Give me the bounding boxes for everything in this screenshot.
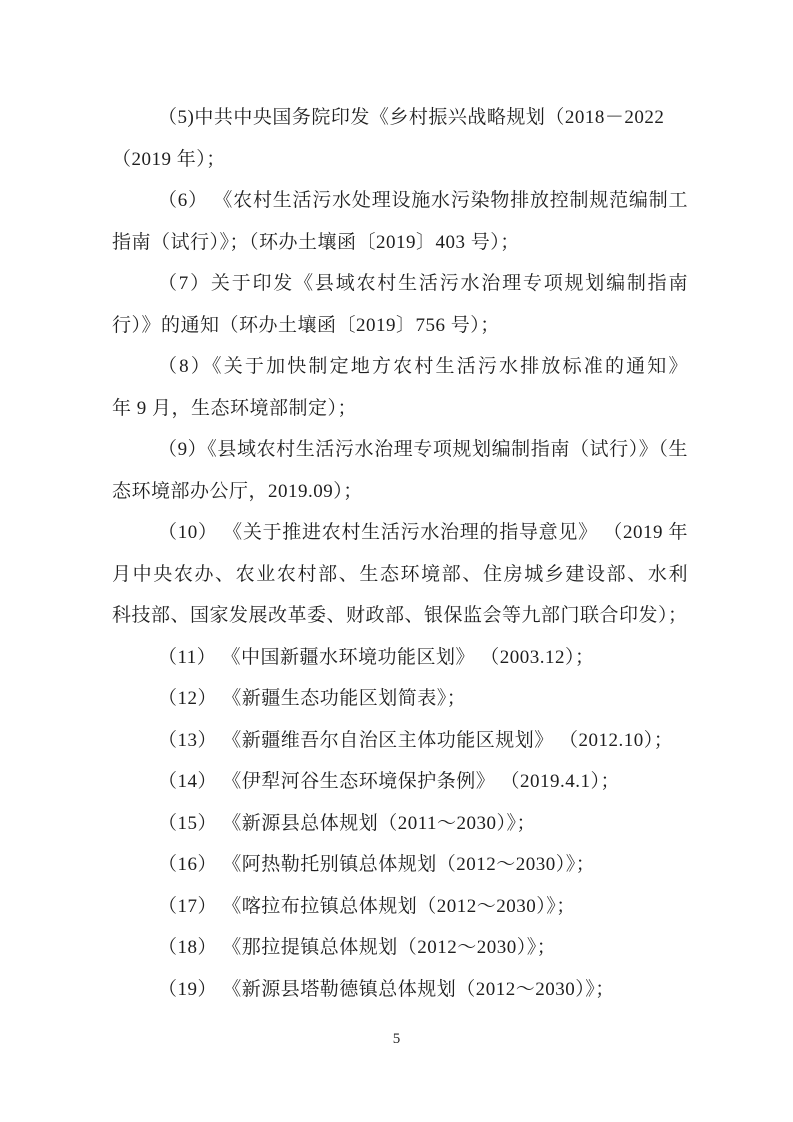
paragraph: （8）《关于加快制定地方农村生活污水排放标准的通知》（2018年 9 月，生态环… bbox=[112, 346, 688, 429]
text-line: （13） 《新疆维吾尔自治区主体功能区规划》 （2012.10）； bbox=[112, 720, 688, 762]
text-line: （2019 年）； bbox=[112, 139, 688, 181]
text-line: 指南（试行）》；（环办土壤函〔2019〕403 号）； bbox=[112, 222, 688, 264]
paragraph: （10） 《关于推进农村生活污水治理的指导意见》 （2019 年 7月中央农办、… bbox=[112, 512, 688, 637]
text-line: （10） 《关于推进农村生活污水治理的指导意见》 （2019 年 7 bbox=[112, 512, 688, 554]
paragraph: （12） 《新疆生态功能区划简表》； bbox=[112, 678, 688, 720]
text-line: （14） 《伊犁河谷生态环境保护条例》 （2019.4.1）； bbox=[112, 761, 688, 803]
paragraph: （5)中共中央国务院印发《乡村振兴战略规划（2018－2022 年）》（2019… bbox=[112, 97, 688, 180]
text-line: （5)中共中央国务院印发《乡村振兴战略规划（2018－2022 年）》 bbox=[112, 97, 688, 139]
text-line: （8）《关于加快制定地方农村生活污水排放标准的通知》（2018 bbox=[112, 346, 688, 388]
document-page: （5)中共中央国务院印发《乡村振兴战略规划（2018－2022 年）》（2019… bbox=[0, 0, 793, 1122]
page-number: 5 bbox=[0, 1028, 793, 1050]
text-line: （12） 《新疆生态功能区划简表》； bbox=[112, 678, 688, 720]
text-line: （9）《县域农村生活污水治理专项规划编制指南（试行）》（生 bbox=[112, 429, 688, 471]
text-line: 科技部、国家发展改革委、财政部、银保监会等九部门联合印发）； bbox=[112, 595, 688, 637]
text-line: （7）关于印发《县域农村生活污水治理专项规划编制指南（试 bbox=[112, 263, 688, 305]
text-line: 态环境部办公厅，2019.09）； bbox=[112, 471, 688, 513]
text-line: （16） 《阿热勒托别镇总体规划（2012～2030）》； bbox=[112, 844, 688, 886]
text-line: 年 9 月，生态环境部制定）； bbox=[112, 388, 688, 430]
paragraph: （19） 《新源县塔勒德镇总体规划（2012～2030）》； bbox=[112, 969, 688, 1011]
text-line: 行）》的通知（环办土壤函〔2019〕756 号）； bbox=[112, 305, 688, 347]
document-body: （5)中共中央国务院印发《乡村振兴战略规划（2018－2022 年）》（2019… bbox=[112, 97, 688, 1010]
text-line: （19） 《新源县塔勒德镇总体规划（2012～2030）》； bbox=[112, 969, 688, 1011]
paragraph: （14） 《伊犁河谷生态环境保护条例》 （2019.4.1）； bbox=[112, 761, 688, 803]
paragraph: （9）《县域农村生活污水治理专项规划编制指南（试行）》（生态环境部办公厅，201… bbox=[112, 429, 688, 512]
paragraph: （11） 《中国新疆水环境功能区划》 （2003.12）； bbox=[112, 637, 688, 679]
paragraph: （17） 《喀拉布拉镇总体规划（2012～2030）》； bbox=[112, 886, 688, 928]
text-line: （11） 《中国新疆水环境功能区划》 （2003.12）； bbox=[112, 637, 688, 679]
text-line: （17） 《喀拉布拉镇总体规划（2012～2030）》； bbox=[112, 886, 688, 928]
paragraph: （13） 《新疆维吾尔自治区主体功能区规划》 （2012.10）； bbox=[112, 720, 688, 762]
text-line: （15） 《新源县总体规划（2011～2030）》； bbox=[112, 803, 688, 845]
paragraph: （16） 《阿热勒托别镇总体规划（2012～2030）》； bbox=[112, 844, 688, 886]
paragraph: （7）关于印发《县域农村生活污水治理专项规划编制指南（试行）》的通知（环办土壤函… bbox=[112, 263, 688, 346]
text-line: 月中央农办、农业农村部、生态环境部、住房城乡建设部、水利部、 bbox=[112, 554, 688, 596]
paragraph: （18） 《那拉提镇总体规划（2012～2030）》； bbox=[112, 927, 688, 969]
text-line: （18） 《那拉提镇总体规划（2012～2030）》； bbox=[112, 927, 688, 969]
paragraph: （6） 《农村生活污水处理设施水污染物排放控制规范编制工作指南（试行）》；（环办… bbox=[112, 180, 688, 263]
paragraph: （15） 《新源县总体规划（2011～2030）》； bbox=[112, 803, 688, 845]
text-line: （6） 《农村生活污水处理设施水污染物排放控制规范编制工作 bbox=[112, 180, 688, 222]
